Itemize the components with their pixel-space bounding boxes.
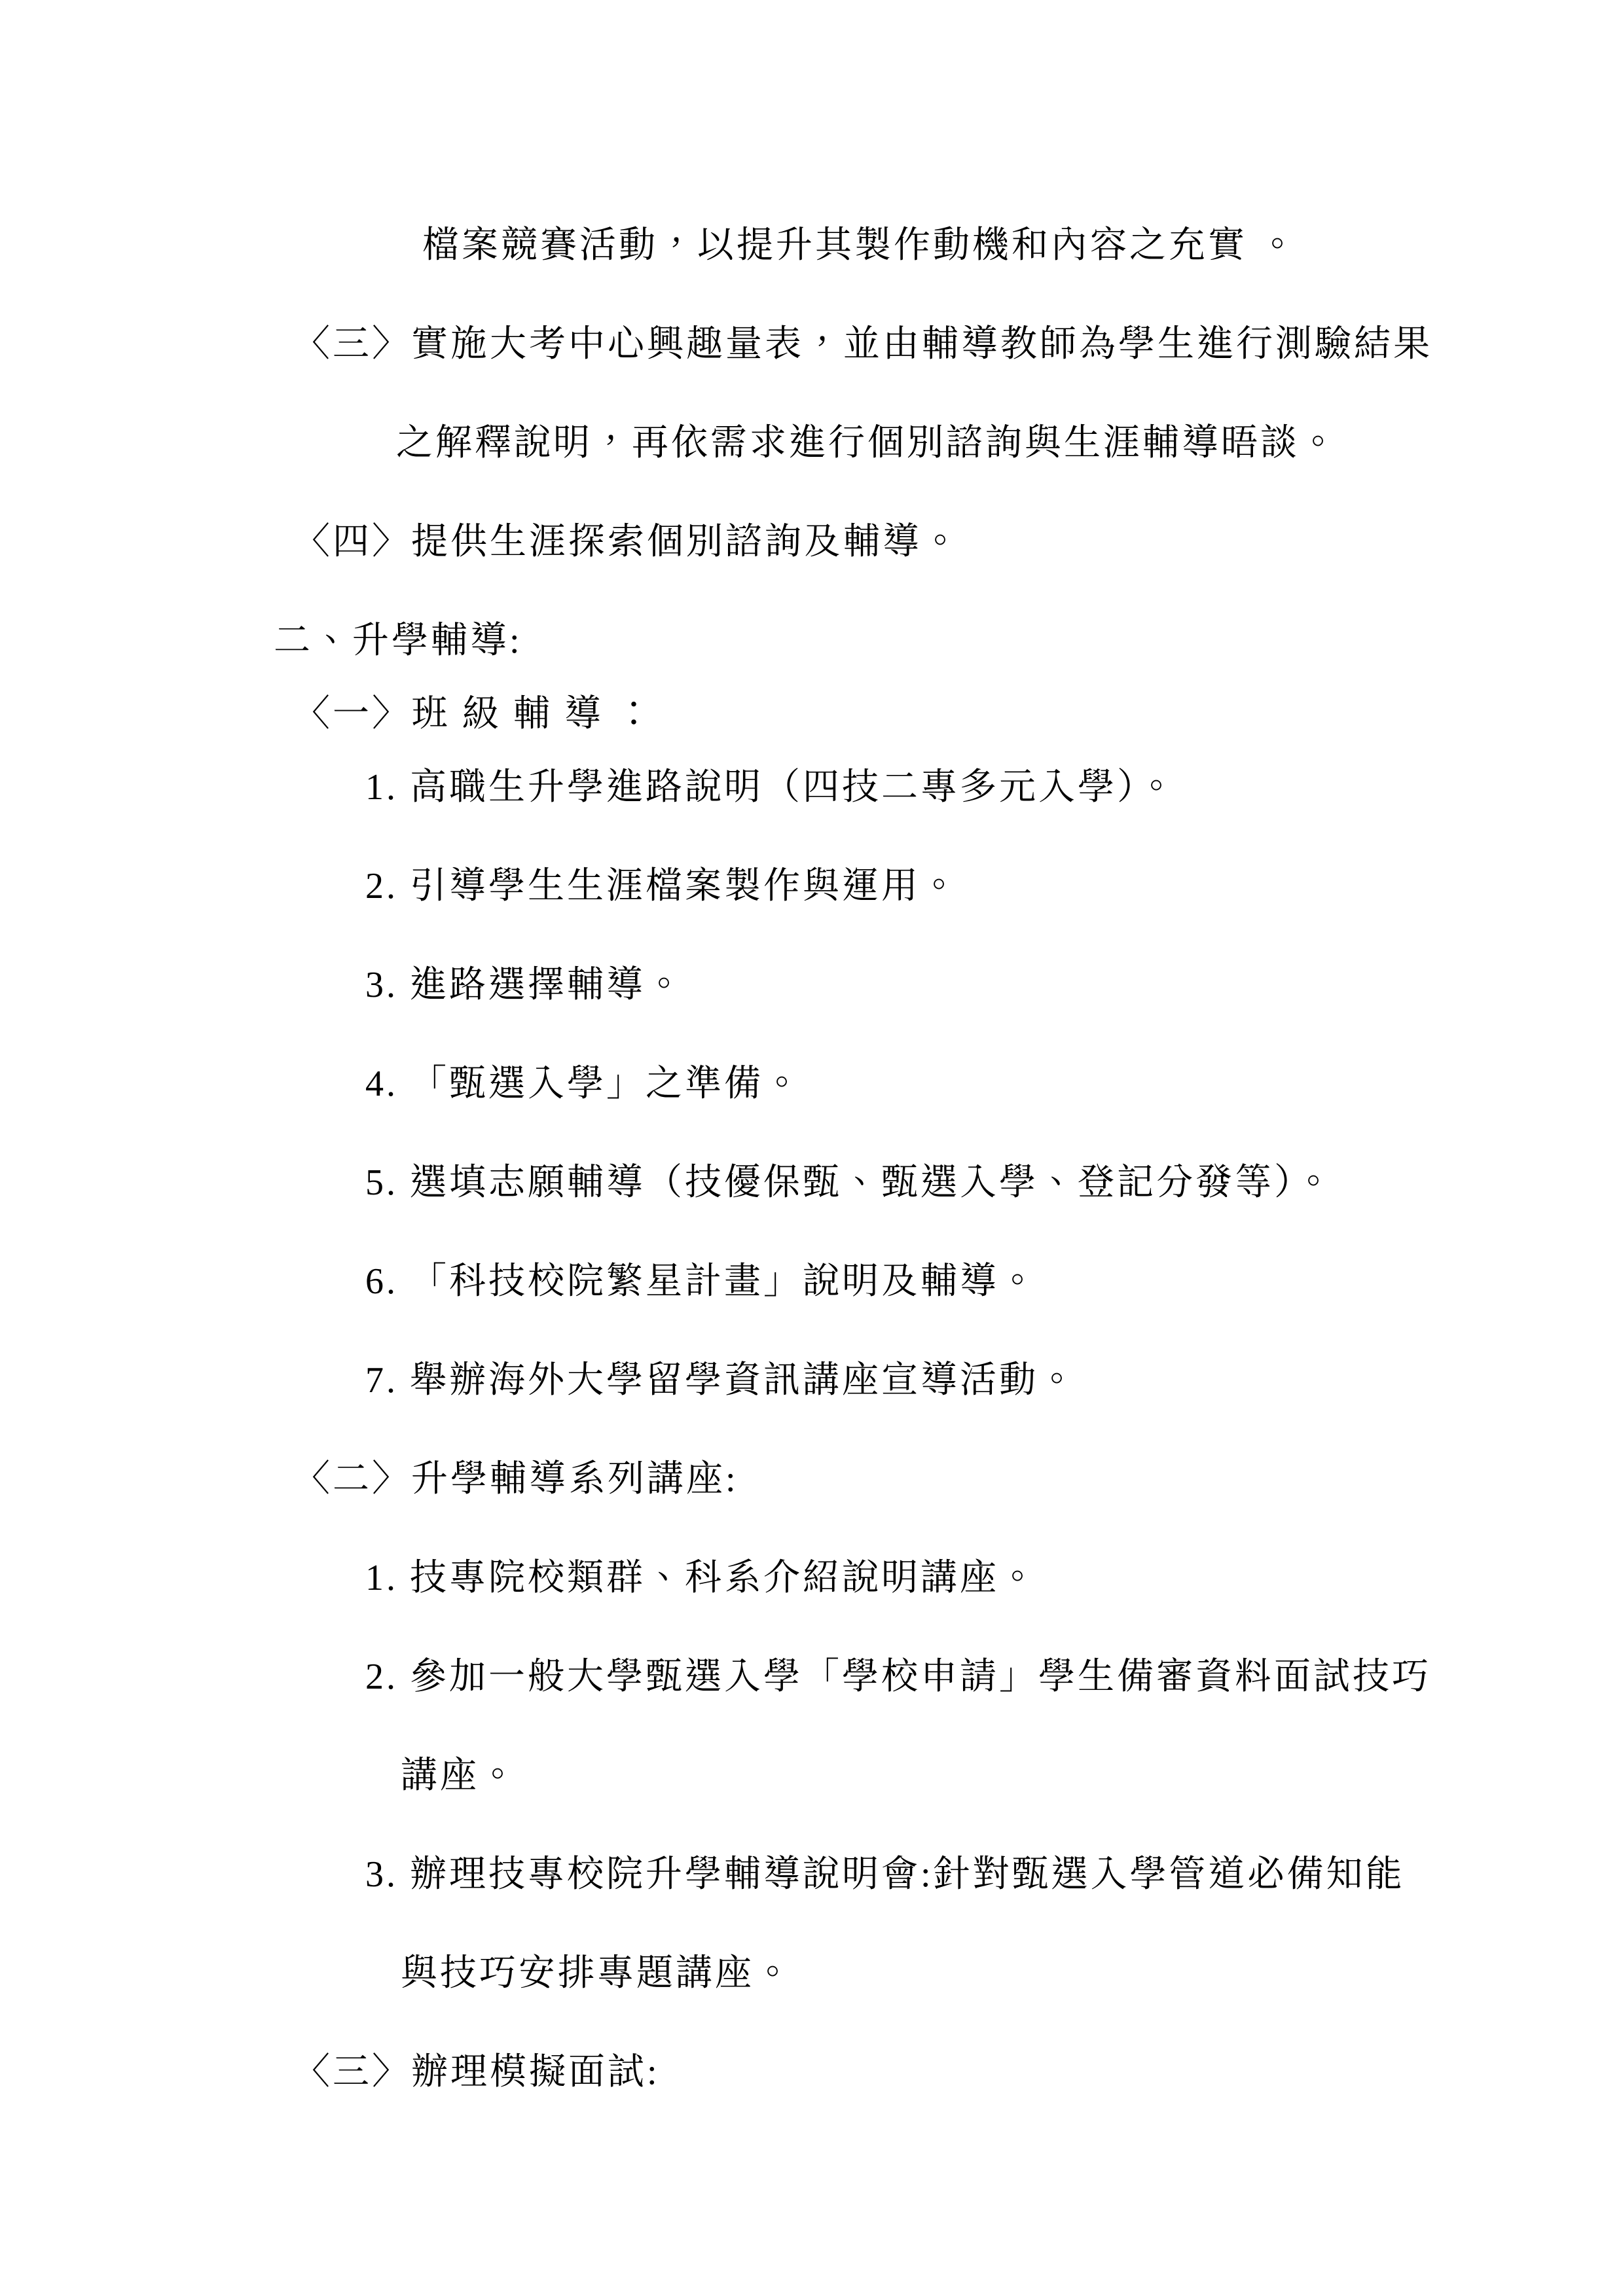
text-line: 7. 舉辦海外大學留學資訊講座宣導活動。 <box>0 1357 1623 1456</box>
text-line: 1. 高職生升學進路說明（四技二專多元入學）。 <box>0 764 1623 863</box>
text-line: 3. 辦理技專校院升學輔導說明會:針對甄選入學管道必備知能 <box>0 1852 1623 1950</box>
text-line: 1. 技專院校類群、科系介紹說明講座。 <box>0 1555 1623 1654</box>
text-line: 〈一〉班 級 輔 導 ： <box>0 691 1623 764</box>
text-line: 3. 進路選擇輔導。 <box>0 962 1623 1061</box>
text-line: 5. 選填志願輔導（技優保甄、甄選入學、登記分發等）。 <box>0 1160 1623 1259</box>
text-line: 與技巧安排專題講座。 <box>0 1950 1623 2049</box>
text-line: 2. 參加一般大學甄選入學「學校申請」學生備審資料面試技巧 <box>0 1654 1623 1753</box>
text-line: 之解釋說明，再依需求進行個別諮詢與生涯輔導晤談。 <box>0 420 1623 519</box>
text-line: 〈三〉辦理模擬面試: <box>0 2049 1623 2148</box>
text-line: 〈三〉實施大考中心興趣量表，並由輔導教師為學生進行測驗結果 <box>0 321 1623 420</box>
text-line: 二、升學輔導: <box>0 618 1623 691</box>
text-line: 檔案競賽活動，以提升其製作動機和內容之充實 。 <box>0 223 1623 321</box>
text-line: 4. 「甄選入學」之準備。 <box>0 1061 1623 1160</box>
text-line: 講座。 <box>0 1753 1623 1852</box>
text-line: 2. 引導學生生涯檔案製作與運用。 <box>0 863 1623 962</box>
document-page: 檔案競賽活動，以提升其製作動機和內容之充實 。〈三〉實施大考中心興趣量表，並由輔… <box>0 0 1623 2296</box>
text-line: 〈四〉提供生涯探索個別諮詢及輔導。 <box>0 519 1623 618</box>
text-line: 〈二〉升學輔導系列講座: <box>0 1456 1623 1555</box>
text-block: 檔案競賽活動，以提升其製作動機和內容之充實 。〈三〉實施大考中心興趣量表，並由輔… <box>0 223 1623 2148</box>
text-line: 6. 「科技校院繁星計畫」說明及輔導。 <box>0 1259 1623 1357</box>
